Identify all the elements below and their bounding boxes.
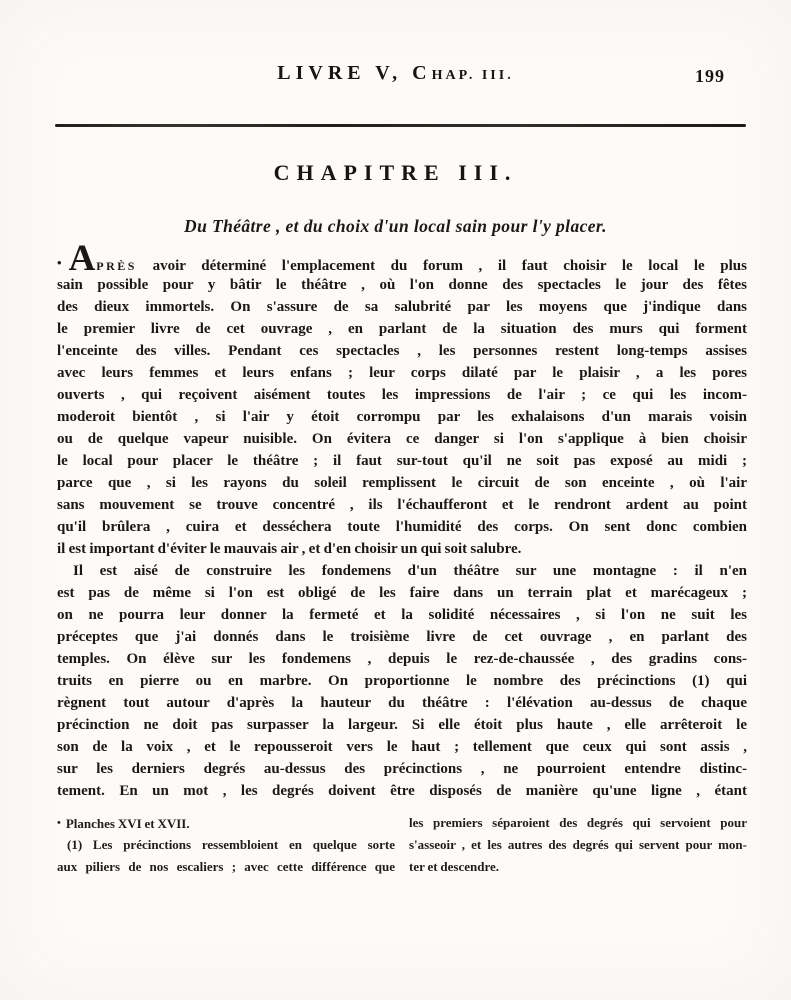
header-title-smallcaps: HAP. III.: [432, 68, 514, 83]
text-line: sain possible pour y bâtir le théâtre , …: [57, 274, 747, 296]
text-line: précinction ne doit pas surpasser la lar…: [57, 714, 747, 736]
footnote-line: aux piliers de nos escaliers ; avec cett…: [57, 856, 395, 878]
footnote-line: (1) Les précinctions ressembloient en qu…: [57, 834, 395, 856]
text-line: est pas de même si l'on est obligé de le…: [57, 582, 747, 604]
text-line: règnent tout autour d'après la hauteur d…: [57, 692, 747, 714]
footnote-column-left: •Planches XVI et XVII. (1) Les précincti…: [57, 812, 395, 878]
text-line: le local pour placer le théâtre ; il fau…: [57, 450, 747, 472]
footnote-line: ter et descendre.: [409, 856, 747, 878]
text-line: temples. On élève sur les fondemens , de…: [57, 648, 747, 670]
header-divider-rule: [55, 124, 746, 127]
running-header-title: LIVRE V, CHAP. III.: [0, 62, 791, 85]
text-line: parce que , si les rayons du soleil remp…: [57, 472, 747, 494]
text-line: son de la voix , et le repousseroit vers…: [57, 736, 747, 758]
text-line: moderoit bientôt , si l'air y étoit corr…: [57, 406, 747, 428]
text-line: le premier livre de cet ouvrage , en par…: [57, 318, 747, 340]
drop-cap: A: [69, 238, 96, 279]
small-caps-word: PRÈS: [96, 259, 137, 273]
footnote-line: •Planches XVI et XVII.: [57, 812, 395, 834]
footnote-column-right: les premiers séparoient des degrés qui s…: [409, 812, 747, 878]
text-line: ouverts , qui reçoivent aisément toutes …: [57, 384, 747, 406]
body-text: •APRÈS avoir déterminé l'emplacement du …: [57, 252, 747, 802]
text-line: il est important d'éviter le mauvais air…: [57, 538, 747, 560]
text-line: l'enceinte des villes. Pendant ces spect…: [57, 340, 747, 362]
footnote-line: s'asseoir , et les autres des degrés qui…: [409, 834, 747, 856]
footnote-line: les premiers séparoient des degrés qui s…: [409, 812, 747, 834]
text-line: ou de quelque vapeur nuisible. On éviter…: [57, 428, 747, 450]
text-line: sans mouvement se trouve concentré , ils…: [57, 494, 747, 516]
page-number: 199: [695, 66, 725, 87]
text-line: truits en pierre ou en marbre. On propor…: [57, 670, 747, 692]
footnotes: •Planches XVI et XVII. (1) Les précincti…: [57, 812, 747, 878]
running-header: LIVRE V, CHAP. III. 199: [0, 62, 791, 92]
text-line: Il est aisé de construire les fondemens …: [57, 560, 747, 582]
text-line: avec leurs femmes et leurs enfans ; leur…: [57, 362, 747, 384]
text-line: •APRÈS avoir déterminé l'emplacement du …: [57, 252, 747, 274]
text-line: préceptes que j'ai donnés dans le troisi…: [57, 626, 747, 648]
text-line-fragment: avoir déterminé l'emplacement du forum ,…: [137, 258, 747, 274]
header-title-main: LIVRE V, C: [277, 62, 431, 84]
chapter-subtitle: Du Théâtre , et du choix d'un local sain…: [0, 216, 791, 237]
footnote-text: Planches XVI et XVII.: [66, 816, 190, 831]
text-line: sur les derniers degrés au-dessus des pr…: [57, 758, 747, 780]
footnote-reference-marker: •: [57, 255, 62, 270]
book-page: LIVRE V, CHAP. III. 199 CHAPITRE III. Du…: [0, 0, 791, 1000]
text-line: tement. En un mot , les degrés doivent ê…: [57, 780, 747, 802]
text-line: qu'il brûlera , cuira et desséchera tout…: [57, 516, 747, 538]
text-line: des dieux immortels. On s'assure de sa s…: [57, 296, 747, 318]
chapter-heading: CHAPITRE III.: [0, 160, 791, 186]
text-line: on ne pourra leur donner la fermeté et l…: [57, 604, 747, 626]
footnote-marker: •: [57, 817, 61, 829]
